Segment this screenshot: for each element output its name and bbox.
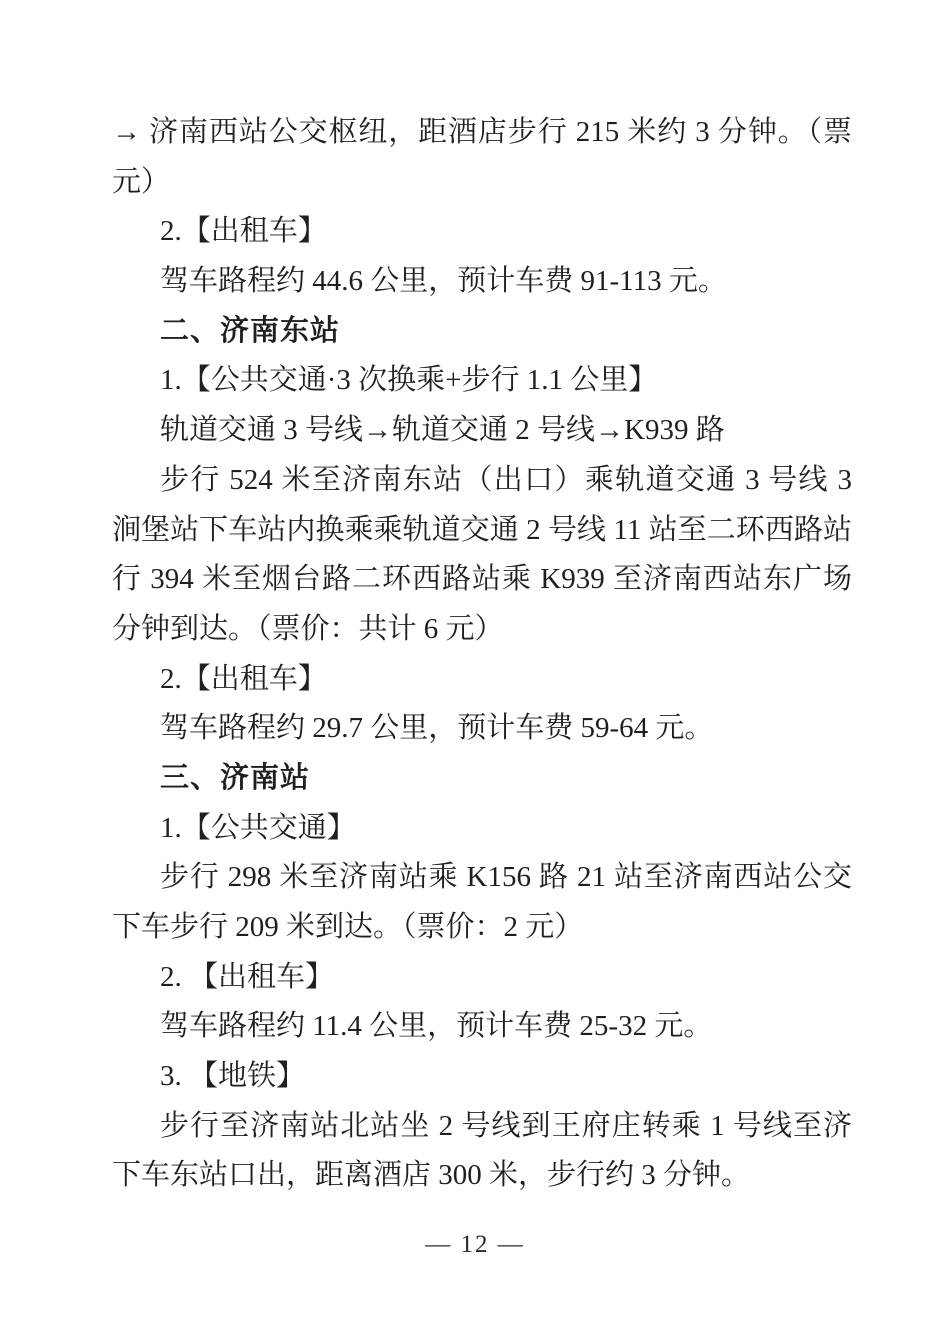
text-line: 下车步行 209 米到达。（票价：2 元）	[112, 903, 852, 953]
text-line: 元）	[112, 158, 852, 208]
document-body: → 济南西站公交枢纽，距酒店步行 215 米约 3 分钟。（票价：20 元） 2…	[112, 108, 852, 1201]
text-line: 步行至济南站北站坐 2 号线到王府庄转乘 1 号线至济南西站	[112, 1102, 852, 1152]
item-heading-public-transit: 1.【公共交通】	[112, 804, 852, 854]
text-line: 步行 298 米至济南站乘 K156 路 21 站至济南西站公交枢纽站	[112, 853, 852, 903]
text-line: 涧堡站下车站内换乘乘轨道交通 2 号线 11 站至二环西路站 D 口步	[112, 506, 852, 556]
text-line: 行 394 米至烟台路二环西路站乘 K939 至济南西站东广场步行约 3	[112, 555, 852, 605]
item-heading-taxi: 2. 【出租车】	[112, 953, 852, 1003]
document-page: → 济南西站公交枢纽，距酒店步行 215 米约 3 分钟。（票价：20 元） 2…	[0, 0, 950, 1343]
text-line: → 济南西站公交枢纽，距酒店步行 215 米约 3 分钟。（票价：20	[112, 108, 852, 158]
item-heading-taxi: 2.【出租车】	[112, 207, 852, 257]
section-heading-jinan-station: 三、济南站	[112, 754, 852, 804]
item-heading-subway: 3. 【地铁】	[112, 1052, 852, 1102]
text-line: 步行 524 米至济南东站（出口）乘轨道交通 3 号线 3 站至八	[112, 456, 852, 506]
text-line: 分钟到达。（票价：共计 6 元）	[112, 605, 852, 655]
text-line: 驾车路程约 29.7 公里，预计车费 59-64 元。	[112, 704, 852, 754]
item-heading-taxi: 2.【出租车】	[112, 655, 852, 705]
route-summary-line: 轨道交通 3 号线→轨道交通 2 号线→K939 路	[112, 406, 852, 456]
text-line: 驾车路程约 11.4 公里，预计车费 25-32 元。	[112, 1002, 852, 1052]
section-heading-jinan-east: 二、济南东站	[112, 307, 852, 357]
page-number: — 12 —	[0, 1231, 950, 1259]
item-heading-public-transit: 1.【公共交通·3 次换乘+步行 1.1 公里】	[112, 356, 852, 406]
text-line: 驾车路程约 44.6 公里，预计车费 91-113 元。	[112, 257, 852, 307]
text-line: 下车东站口出，距离酒店 300 米，步行约 3 分钟。	[112, 1151, 852, 1201]
